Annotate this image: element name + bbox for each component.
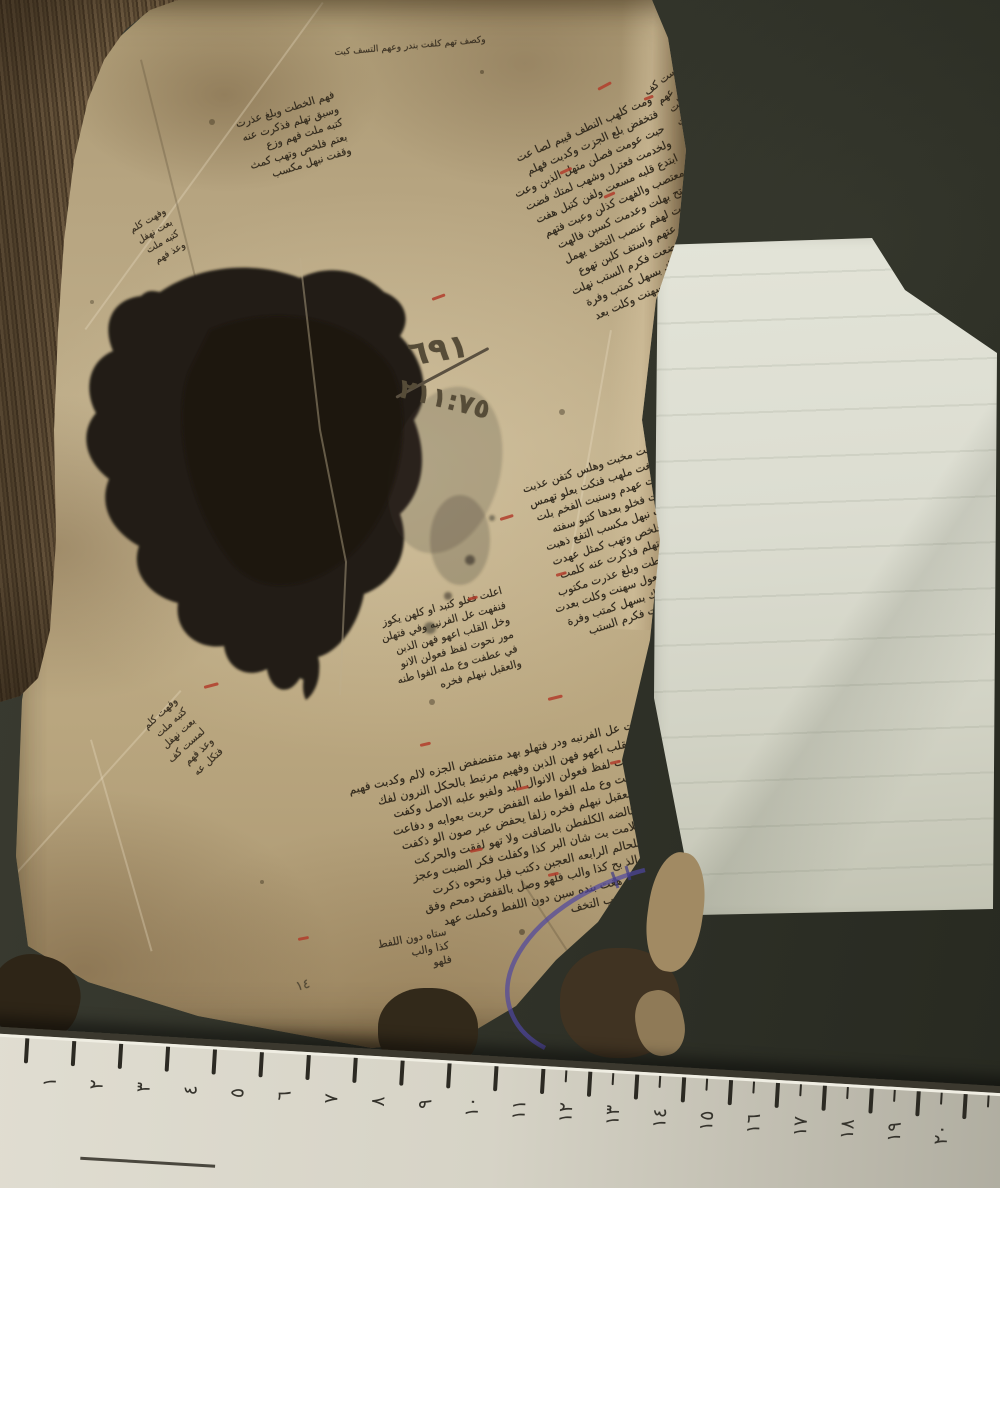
ruler-label: ١٤ [648,1102,672,1133]
scanned-photo-canvas: وكصف تهم كلفت بندر وعهم التسف كبتفهم الخ… [0,0,1000,1415]
ruler-tick [962,1094,967,1119]
ruler-groove [80,1157,215,1168]
ruler-label: ٩ [413,1088,437,1119]
ruler-tick [728,1080,733,1105]
ruler-label: ١٢ [554,1097,578,1128]
ruler-label: ١١ [507,1094,531,1125]
ruler-half-tick [940,1093,943,1105]
ruler-tick [493,1066,498,1091]
ruler-label: ٢ [85,1069,109,1100]
ruler-tick [446,1063,451,1088]
ruler-label: ١٩ [882,1116,906,1147]
ruler-tick [165,1047,170,1072]
ruler-tick [868,1088,873,1113]
ruler-tick [634,1074,639,1099]
ruler-label: ٨ [366,1086,390,1117]
ruler-tick [352,1058,357,1083]
ruler-label: ١٧ [789,1111,813,1142]
ruler-label: ١٥ [695,1105,719,1136]
ruler-half-tick [752,1081,755,1093]
ruler-half-tick [799,1084,802,1096]
ruler-label: ٤ [179,1074,203,1105]
ruler-tick [24,1038,29,1063]
ruler-tick [587,1072,592,1097]
ruler-label: ٥ [226,1077,250,1108]
ruler-half-tick [893,1090,896,1102]
ruler-tick [399,1061,404,1086]
white-margin [0,1188,1000,1415]
library-stamp [0,0,1000,1188]
manuscript-photo: وكصف تهم كلفت بندر وعهم التسف كبتفهم الخ… [0,0,1000,1188]
ruler-half-tick [986,1095,989,1107]
ruler-tick [212,1049,217,1074]
ruler-label: ١٨ [836,1114,860,1145]
ruler-tick [775,1083,780,1108]
ruler-tick [305,1055,310,1080]
ruler-tick [915,1091,920,1116]
ruler-half-tick [564,1070,567,1082]
ruler-tick [681,1077,686,1102]
ruler-label: ١٣ [601,1100,625,1131]
ruler-tick [821,1086,826,1111]
ruler-label: ٢٠ [929,1119,953,1150]
ruler-label: ١ [38,1066,62,1097]
ruler-half-tick [846,1087,849,1099]
ruler-tick [118,1044,123,1069]
ruler-tick [258,1052,263,1077]
ruler-label: ٦ [273,1080,297,1111]
ruler-label: ٧ [319,1083,343,1114]
ruler-tick [71,1041,76,1066]
ruler-label: ٣ [132,1072,156,1103]
ruler-half-tick [611,1073,614,1085]
ruler-half-tick [658,1076,661,1088]
ruler-label: ١٦ [742,1108,766,1139]
ruler-tick [540,1069,545,1094]
ruler-half-tick [705,1079,708,1091]
ruler-label: ١٠ [460,1091,484,1122]
